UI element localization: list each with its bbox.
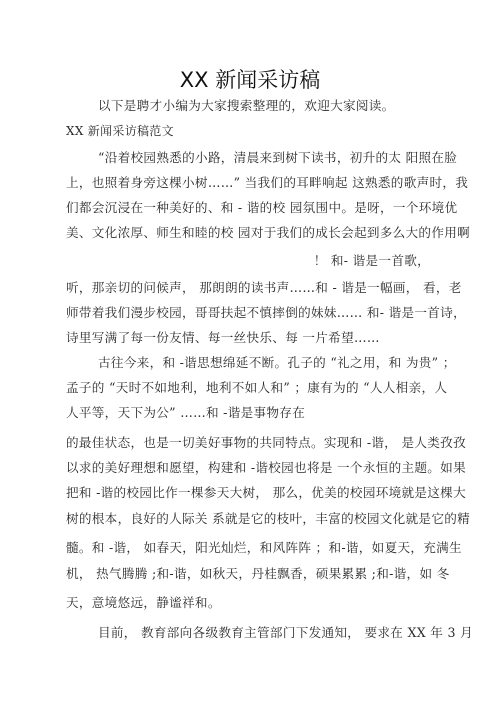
body-line: ！ 和- 谐是一首歌， <box>314 250 430 269</box>
body-line: 孟子的 “天时不如地利，地利不如人和” ；康有为的 “人人相亲，人 <box>66 377 430 396</box>
document-title: XX 新闻采访稿 <box>0 64 500 94</box>
body-line: 诗里写满了每一份友情、每一丝快乐、每 一片希望…… <box>66 327 430 346</box>
body-line: 美、文化浓厚、师生和睦的校 园对于我们的成长会起到多么大的作用啊 <box>66 222 430 241</box>
body-line: 人平等，天下为公” ……和 -谐是事物存在 <box>66 402 430 421</box>
document-page: XX 新闻采访稿 以下是聘才小编为大家搜索整理的，欢迎大家阅读。 XX 新闻采访… <box>0 0 500 708</box>
body-line: 以求的美好理想和愿望，构建和 -谐校园也将是 一个永恒的主题。如果 <box>66 457 430 476</box>
body-line: 上，也照着身旁这棵小树……” 当我们的耳畔响起 这熟悉的歌声时，我 <box>66 172 430 191</box>
body-line: 师带着我们漫步校园，哥哥扶起不慎摔倒的妹妹…… 和- 谐是一首诗， <box>66 302 430 321</box>
section-subtitle: XX 新闻采访稿范文 <box>66 122 430 139</box>
body-line: 古往今来，和 -谐思想绵延不断。孔子的 “礼之用，和 为贵” ； <box>98 352 462 371</box>
body-line: 机， 热气腾腾 ;和-谐，如秋天，丹桂飘香，硕果累累 ;和-谐，如 冬 <box>66 563 430 582</box>
body-line: “沿着校园熟悉的小路，清晨来到树下读书，初升的太 阳照在脸 <box>98 147 462 166</box>
intro-text: 以下是聘才小编为大家搜索整理的，欢迎大家阅读。 <box>98 95 462 114</box>
body-line: 目前， 教育部向各级教育主管部门下发通知， 要求在 XX 年 3 月 <box>98 622 462 641</box>
body-line: 天，意境悠远，静谧祥和。 <box>66 592 430 611</box>
body-line: 树的根本，良好的人际关 系就是它的枝叶，丰富的校园文化就是它的精 <box>66 508 430 527</box>
body-line: 髓。和 -谐， 如春天，阳光灿烂，和风阵阵 ；和-谐，如夏天，充满生 <box>66 537 430 556</box>
body-line: 听，那亲切的问候声， 那朗朗的读书声……和 - 谐是一幅画， 看，老 <box>66 277 430 296</box>
body-line: 们都会沉浸在一种美好的、和 - 谐的校 园氛围中。是呀，一个环境优 <box>66 197 430 216</box>
body-line: 把和 -谐的校园比作一棵参天大树， 那么，优美的校园环境就是这棵大 <box>66 482 430 501</box>
body-line: 的最佳状态，也是一切美好事物的共同特点。实现和 -谐， 是人类孜孜 <box>66 432 430 451</box>
